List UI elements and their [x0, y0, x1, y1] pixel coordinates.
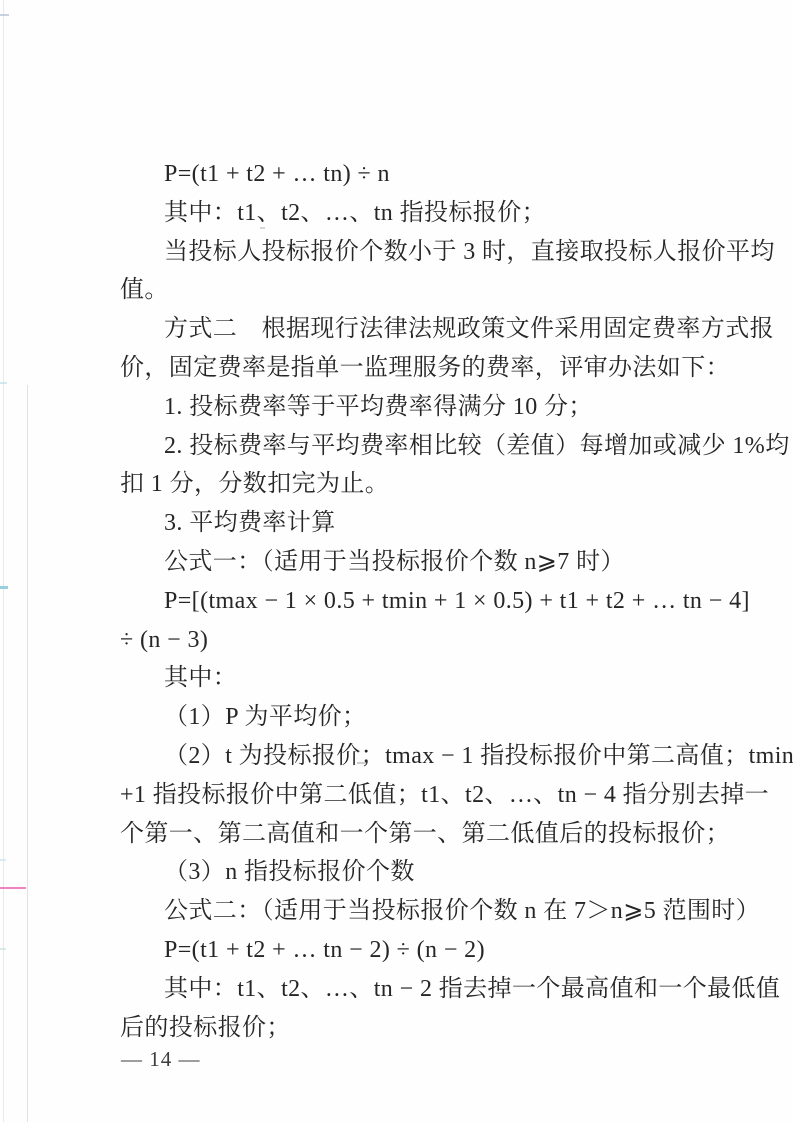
- scan-mark: [0, 859, 6, 861]
- scan-mark: [0, 887, 26, 889]
- scan-mark: [0, 14, 9, 16]
- text-line: 其中：t1、t2、…、tn − 2 指去掉一个最高值和一个最低值: [120, 970, 712, 1009]
- text-line: P=(t1 + t2 + … tn − 2) ÷ (n − 2): [120, 931, 712, 970]
- text-line: （3）n 指投标报价个数: [120, 853, 712, 892]
- text-line: 方式二 根据现行法律法规政策文件采用固定费率方式报: [120, 310, 712, 349]
- text-line: 3. 平均费率计算: [120, 504, 712, 543]
- scan-mark: [0, 382, 7, 384]
- text-line: 后的投标报价；: [120, 1009, 712, 1048]
- text-line: 其中：t1、t2、…、tn 指投标报价；: [120, 194, 712, 233]
- scan-mark: [0, 948, 6, 950]
- document-lines: P=(t1 + t2 + … tn) ÷ n其中：t1、t2、…、tn 指投标报…: [120, 155, 712, 1047]
- text-line: 公式一：（适用于当投标报价个数 n⩾7 时）: [120, 543, 712, 582]
- document-page: P=(t1 + t2 + … tn) ÷ n其中：t1、t2、…、tn 指投标报…: [0, 0, 793, 1122]
- text-line: 其中：: [120, 659, 712, 698]
- text-line: （2）t 为投标报价；tmax − 1 指投标报价中第二高值；tmin: [120, 737, 712, 776]
- text-line: 扣 1 分，分数扣完为止。: [120, 465, 712, 504]
- text-line: 值。: [120, 271, 712, 310]
- text-line: +1 指投标报价中第二低值；t1、t2、…、tn − 4 指分别去掉一: [120, 776, 712, 815]
- text-line: 价，固定费率是指单一监理服务的费率，评审办法如下：: [120, 349, 712, 388]
- scan-mark: [3, 0, 4, 1122]
- text-line: 1. 投标费率等于平均费率得满分 10 分；: [120, 388, 712, 427]
- text-line: 公式二：（适用于当投标报价个数 n 在 7＞n⩾5 范围时）: [120, 892, 712, 931]
- scan-mark: [27, 385, 28, 1122]
- text-line: 当投标人投标报价个数小于 3 时，直接取投标人报价平均: [120, 233, 712, 272]
- text-line: （1）P 为平均价；: [120, 698, 712, 737]
- text-line: P=[(tmax − 1 × 0.5 + tmin + 1 × 0.5) + t…: [120, 582, 712, 621]
- text-line: 2. 投标费率与平均费率相比较（差值）每增加或减少 1%均: [120, 427, 712, 466]
- scan-mark: [0, 586, 8, 589]
- text-line: P=(t1 + t2 + … tn) ÷ n: [120, 155, 712, 194]
- text-line: 个第一、第二高值和一个第一、第二低值后的投标报价；: [120, 815, 712, 854]
- text-line: ÷ (n − 3): [120, 621, 712, 660]
- page-number: — 14 —: [121, 1047, 201, 1072]
